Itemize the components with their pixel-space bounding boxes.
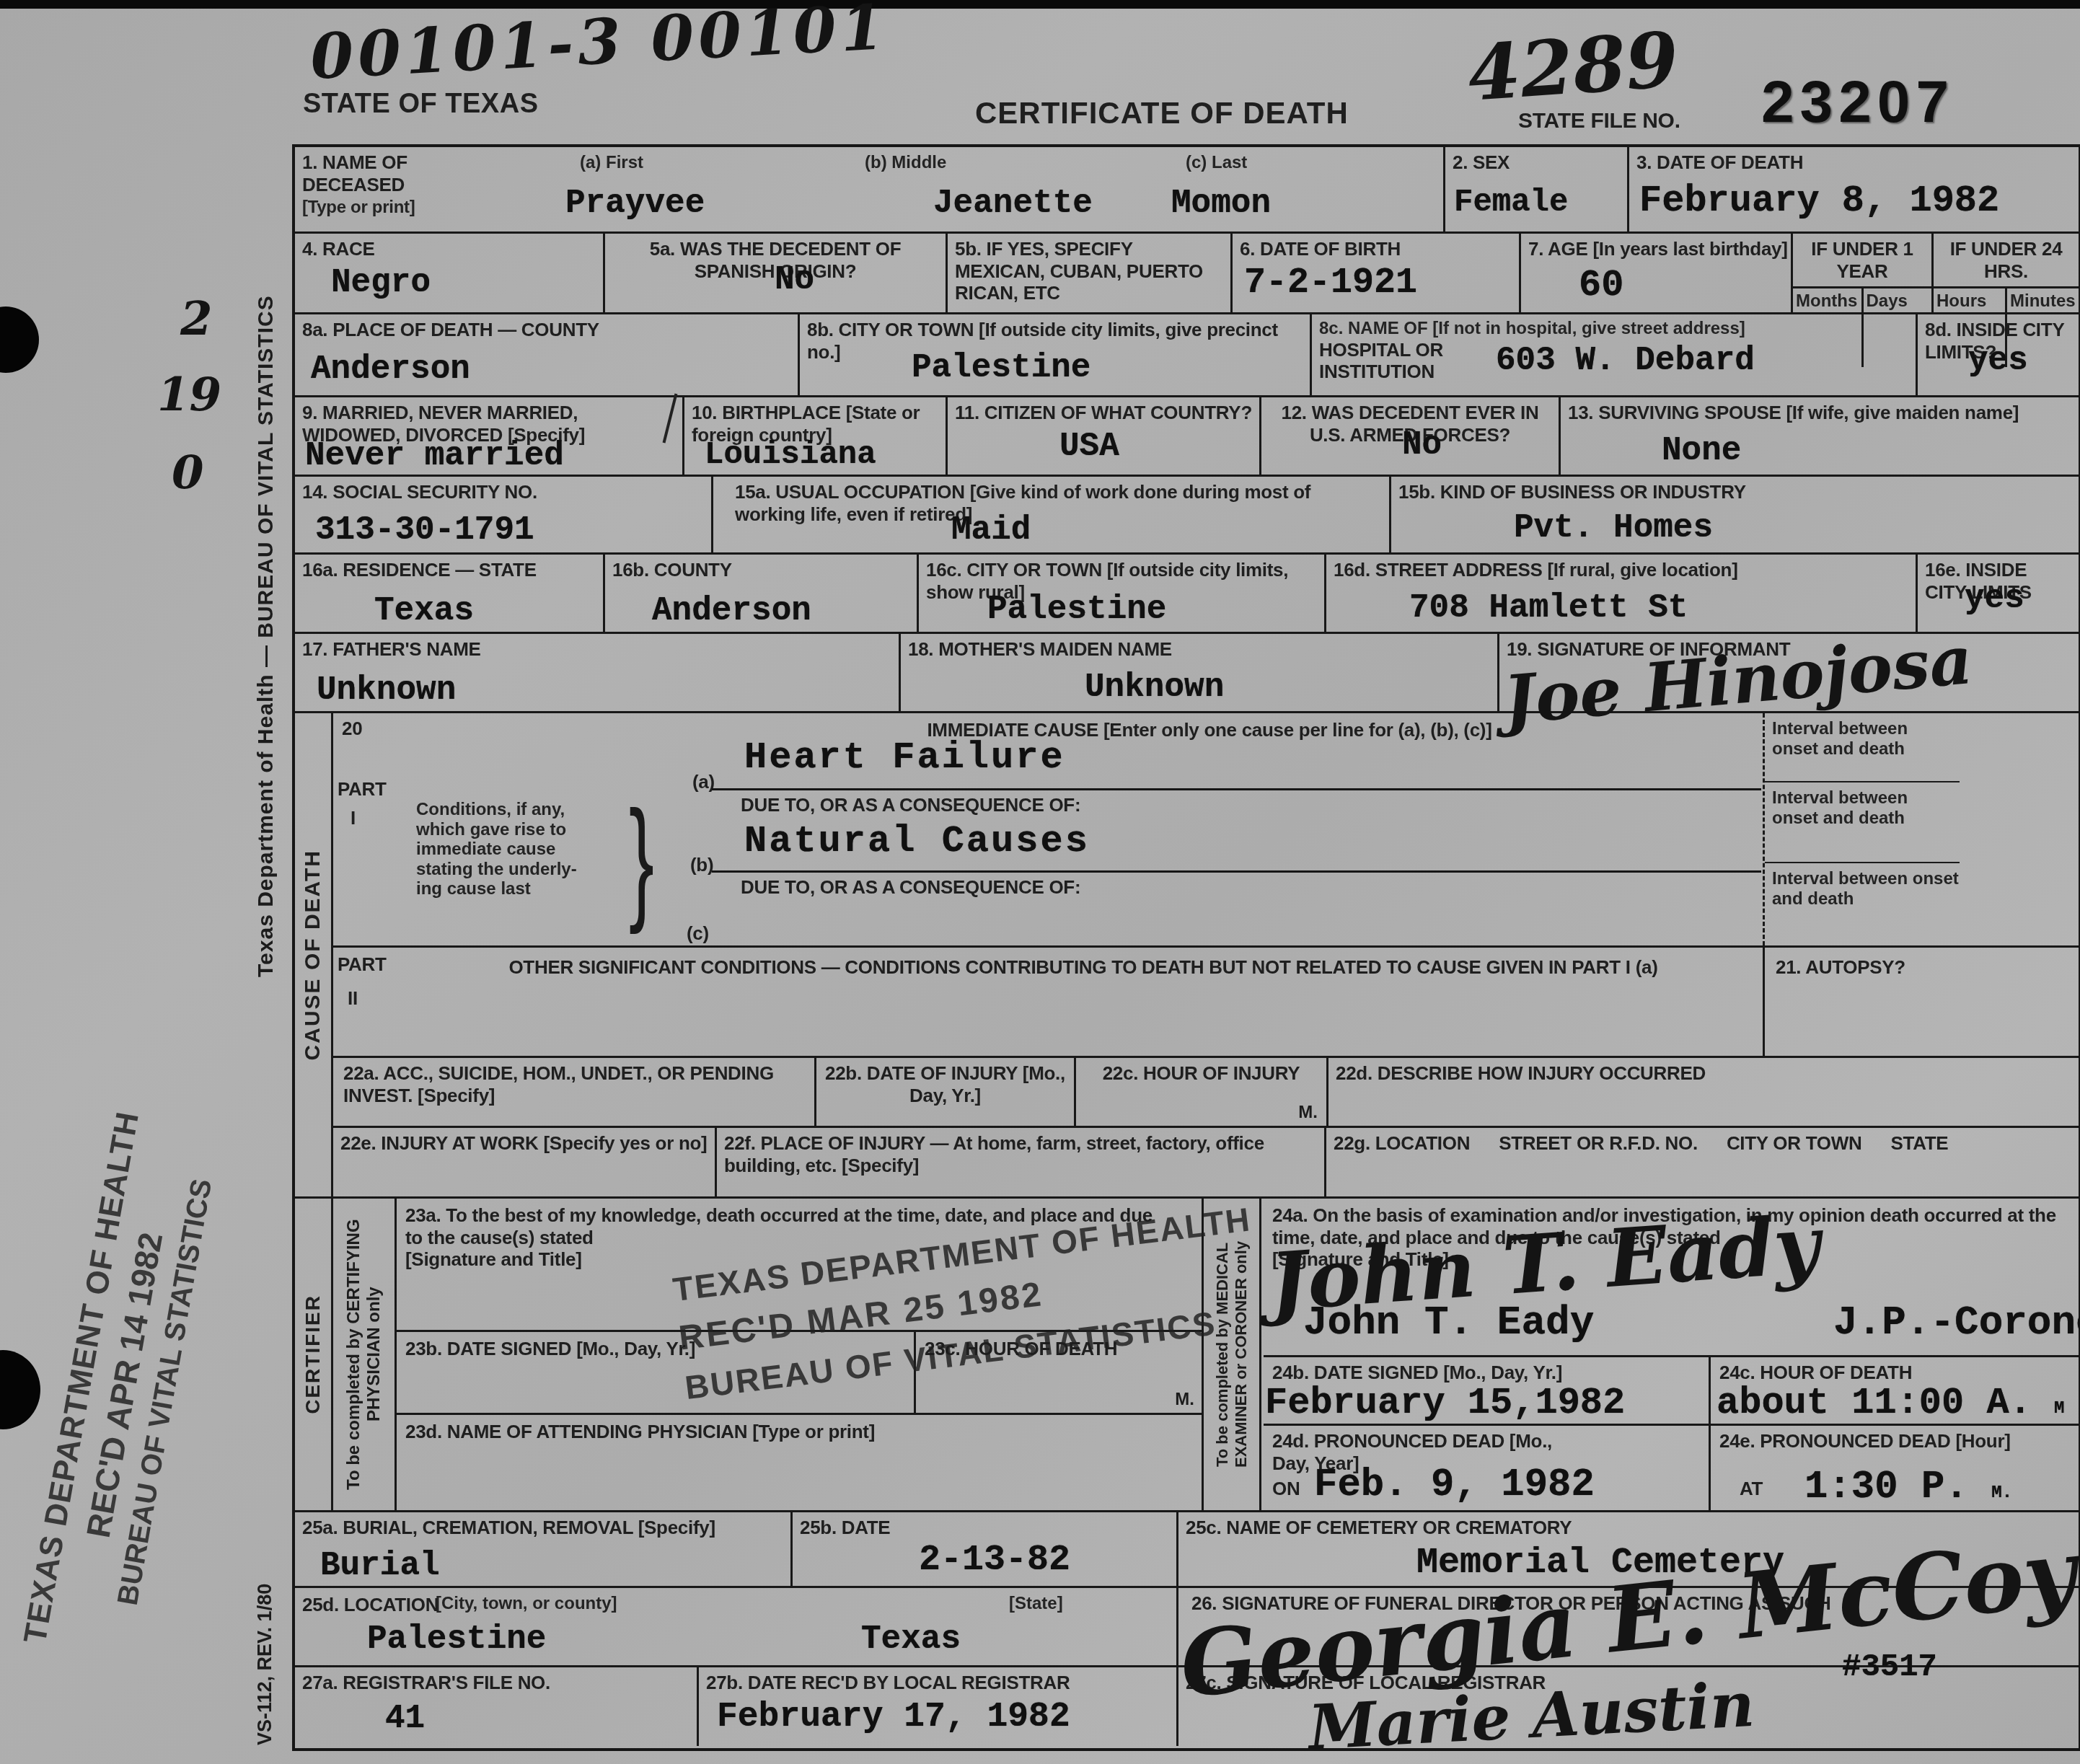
date-of-birth-value: 7-2-1921 bbox=[1244, 263, 1417, 304]
hospital-value: 603 W. Debard bbox=[1496, 342, 1755, 379]
field-date-of-death: 3. DATE OF DEATH February 8, 1982 bbox=[1629, 147, 2079, 234]
field-hour-of-injury: 22c. HOUR OF INJURY M. bbox=[1076, 1058, 1328, 1128]
immediate-cause-value: Heart Failure bbox=[744, 736, 1065, 779]
field-ssn: 14. SOCIAL SECURITY NO. 313-30-1791 bbox=[295, 477, 713, 555]
field-if-under-24-hrs: IF UNDER 24 HRS. Hours Minutes bbox=[1934, 234, 2079, 314]
hole-punch-top bbox=[0, 307, 39, 373]
name-sublabel: [Type or print] bbox=[302, 198, 415, 217]
margin-department-text: Texas Department of Health — BUREAU OF V… bbox=[254, 148, 288, 977]
part1-no: I bbox=[351, 807, 356, 829]
field-informant-signature: 19. SIGNATURE OF INFORMANT Joe Hinojosa bbox=[1499, 634, 2079, 713]
burial-value: Burial bbox=[320, 1547, 440, 1584]
date-of-injury-label: 22b. DATE OF INJURY [Mo., Day, Yr.] bbox=[824, 1062, 1067, 1106]
field-24a: 24a. On the basis of examination and/or … bbox=[1264, 1199, 2079, 1357]
cause-part2-section: PART II OTHER SIGNIFICANT CONDITIONS — C… bbox=[333, 948, 2079, 1058]
certifier-band: CERTIFIER bbox=[295, 1199, 333, 1510]
hour-m: M bbox=[2054, 1399, 2064, 1419]
due-to-label-1: DUE TO, OR AS A CONSEQUENCE OF: bbox=[741, 794, 1080, 816]
conditions-brace: } bbox=[629, 782, 654, 939]
interval-column: Interval between onset and death Interva… bbox=[1763, 713, 2079, 945]
part1-item-no: 20 bbox=[342, 718, 362, 740]
death-certificate-page: Texas Department of Health — BUREAU OF V… bbox=[0, 0, 2080, 1764]
place-of-injury-label: 22f. PLACE OF INJURY — At home, farm, st… bbox=[724, 1132, 1317, 1176]
surviving-spouse-value: None bbox=[1662, 432, 1741, 469]
ssn-value: 313-30-1791 bbox=[315, 511, 534, 549]
burial-location-label: 25d. LOCATION bbox=[302, 1594, 439, 1616]
field-marital-status: 9. MARRIED, NEVER MARRIED, WIDOWED, DIVO… bbox=[295, 397, 684, 477]
part2-no: II bbox=[348, 987, 358, 1010]
hour-of-death-24c-label: 24c. HOUR OF DEATH bbox=[1719, 1362, 2070, 1384]
middle-name-value: Jeanette bbox=[933, 185, 1093, 222]
field-street-address: 16d. STREET ADDRESS [If rural, give loca… bbox=[1326, 555, 1918, 634]
street-address-label: 16d. STREET ADDRESS [If rural, give loca… bbox=[1334, 559, 1908, 581]
medical-examiner-band: To be completed by MEDICAL EXAMINER or C… bbox=[1204, 1199, 1261, 1510]
hour-of-death-24c-value: about 11:00 A. M bbox=[1717, 1382, 2065, 1424]
spanish-origin-value: No bbox=[775, 261, 814, 299]
burial-location-city-value: Palestine bbox=[367, 1620, 546, 1658]
field-describe-injury: 22d. DESCRIBE HOW INJURY OCCURRED bbox=[1328, 1058, 2079, 1128]
registrar-file-no-value: 41 bbox=[385, 1700, 425, 1737]
birthplace-value: Louisiana bbox=[705, 437, 876, 473]
place-of-death-county-label: 8a. PLACE OF DEATH — COUNTY bbox=[302, 319, 790, 341]
part1-label: PART bbox=[338, 778, 387, 801]
attending-physician-label: 23d. NAME OF ATTENDING PHYSICIAN [Type o… bbox=[405, 1421, 1193, 1443]
hour-of-injury-label: 22c. HOUR OF INJURY bbox=[1083, 1062, 1319, 1085]
field-hospital: 8c. NAME OF [If not in hospital, give st… bbox=[1312, 314, 1918, 397]
pronounced-dead-hour-label: 24e. PRONOUNCED DEAD [Hour] bbox=[1719, 1430, 2070, 1452]
industry-label: 15b. KIND OF BUSINESS OR INDUSTRY bbox=[1398, 481, 2071, 503]
received-stamp-apr: TEXAS DEPARTMENT OF HEALTH REC'D APR 14 … bbox=[15, 1098, 230, 1672]
inside-city-limits-death-value: yes bbox=[1968, 342, 2028, 379]
certifier-band-label: CERTIFIER bbox=[301, 1295, 325, 1414]
sex-value: Female bbox=[1454, 185, 1568, 221]
line-b-rule bbox=[712, 870, 1761, 873]
injury-location-label: 22g. LOCATION bbox=[1334, 1132, 1470, 1192]
inside-city-limits-res-value: yes bbox=[1965, 580, 2024, 617]
stamped-file-number: 23207 bbox=[1761, 69, 1955, 136]
burial-state-sublabel: [State] bbox=[1009, 1594, 1063, 1614]
certifying-physician-band-label: To be completed by CERTIFYING PHYSICIAN … bbox=[344, 1203, 384, 1506]
conditions-note-line: immediate cause bbox=[416, 839, 654, 860]
race-value: Negro bbox=[331, 264, 431, 301]
form-code: VS-112, REV. 1/80 bbox=[254, 1500, 286, 1745]
interval-label-c: Interval between onset and death bbox=[1765, 863, 1974, 914]
date-of-death-value: February 8, 1982 bbox=[1639, 180, 1999, 222]
father-name-value: Unknown bbox=[317, 671, 456, 709]
certifying-physician-band: To be completed by CERTIFYING PHYSICIAN … bbox=[333, 1199, 397, 1510]
hour-m: M. bbox=[1991, 1483, 2012, 1503]
race-label: 4. RACE bbox=[302, 238, 596, 260]
hour-value: about 11:00 A. bbox=[1717, 1382, 2032, 1424]
margin-handwritten-2: 2 bbox=[180, 292, 213, 346]
conditions-note-line: which gave rise to bbox=[416, 820, 654, 840]
date-signed-24b-label: 24b. DATE SIGNED [Mo., Day, Yr.] bbox=[1272, 1362, 1700, 1384]
certificate-title: CERTIFICATE OF DEATH bbox=[975, 95, 1349, 131]
acc-suicide-label: 22a. ACC., SUICIDE, HOM., UNDET., OR PEN… bbox=[340, 1062, 807, 1106]
injury-city-label: CITY OR TOWN bbox=[1727, 1132, 1862, 1192]
field-industry: 15b. KIND OF BUSINESS OR INDUSTRY Pvt. H… bbox=[1391, 477, 2079, 555]
name-label: 1. NAME OF DECEASED bbox=[302, 151, 407, 195]
specify-origin-label: 5b. IF YES, SPECIFY MEXICAN, CUBAN, PUER… bbox=[955, 238, 1223, 304]
under-1-year-label: IF UNDER 1 YEAR bbox=[1793, 234, 1931, 288]
street-address-value: 708 Hamlett St bbox=[1409, 589, 1688, 627]
part2-divider bbox=[1763, 948, 1765, 1056]
date-recd-value: February 17, 1982 bbox=[717, 1698, 1070, 1737]
field-funeral-director: 26. SIGNATURE OF FUNERAL DIRECTOR OR PER… bbox=[1178, 1588, 2079, 1667]
hour-of-injury-m: M. bbox=[1298, 1103, 1318, 1123]
date-of-birth-label: 6. DATE OF BIRTH bbox=[1240, 238, 1512, 260]
burial-date-label: 25b. DATE bbox=[800, 1517, 1169, 1539]
margin-handwritten-19: 19 bbox=[157, 368, 221, 422]
due-to-label-2: DUE TO, OR AS A CONSEQUENCE OF: bbox=[741, 876, 1080, 899]
line-c-label: (c) bbox=[687, 922, 709, 945]
hour-value: 1:30 P. bbox=[1804, 1465, 1968, 1509]
place-of-death-county-value: Anderson bbox=[311, 350, 470, 388]
marital-status-value: Never married bbox=[305, 437, 564, 475]
state-of-texas-label: STATE OF TEXAS bbox=[303, 88, 539, 120]
field-24c: 24c. HOUR OF DEATH about 11:00 A. M bbox=[1711, 1357, 2079, 1426]
residence-state-value: Texas bbox=[374, 592, 474, 630]
date-signed-24b-value: February 15,1982 bbox=[1265, 1382, 1625, 1424]
injury-state-label: STATE bbox=[1890, 1132, 1948, 1192]
field-birthplace: 10. BIRTHPLACE [State or foreign country… bbox=[684, 397, 948, 477]
field-race: 4. RACE Negro bbox=[295, 234, 605, 314]
armed-forces-value: No bbox=[1402, 426, 1442, 464]
field-inside-city-limits-death: 8d. INSIDE CITY LIMITS? yes bbox=[1918, 314, 2079, 397]
pronounced-dead-hour-value: 1:30 P. M. bbox=[1804, 1465, 2012, 1509]
certificate-form: 1. NAME OF DECEASED[Type or print] (a) F… bbox=[292, 144, 2080, 1751]
residence-county-value: Anderson bbox=[652, 592, 811, 630]
describe-injury-label: 22d. DESCRIBE HOW INJURY OCCURRED bbox=[1336, 1062, 2071, 1085]
field-place-of-death-county: 8a. PLACE OF DEATH — COUNTY Anderson bbox=[295, 314, 800, 397]
cause-of-death-band-label: CAUSE OF DEATH bbox=[300, 850, 325, 1060]
field-residence-state: 16a. RESIDENCE — STATE Texas bbox=[295, 555, 605, 634]
pronounced-dead-on: ON bbox=[1272, 1478, 1300, 1500]
field-burial-date: 25b. DATE 2-13-82 bbox=[793, 1512, 1178, 1588]
field-inside-city-limits-res: 16e. INSIDE CITY LIMITS yes bbox=[1918, 555, 2079, 634]
occupation-value: Maid bbox=[951, 511, 1031, 549]
conditions-note: Conditions, if any, which gave rise to i… bbox=[416, 800, 654, 899]
injury-street-label: STREET OR R.F.D. NO. bbox=[1499, 1132, 1698, 1192]
handwritten-code: 00101-3 00101 bbox=[309, 0, 890, 94]
interval-label-b: Interval between onset and death bbox=[1765, 782, 1960, 863]
field-residence-city: 16c. CITY OR TOWN [If outside city limit… bbox=[919, 555, 1326, 634]
last-name-value: Momon bbox=[1171, 185, 1271, 222]
cause-of-death-band: CAUSE OF DEATH bbox=[295, 713, 333, 1199]
burial-location-state-value: Texas bbox=[861, 1620, 961, 1658]
residence-state-label: 16a. RESIDENCE — STATE bbox=[302, 559, 596, 581]
registrar-file-no-label: 27a. REGISTRAR'S FILE NO. bbox=[302, 1672, 689, 1694]
part2-text: OTHER SIGNIFICANT CONDITIONS — CONDITION… bbox=[405, 956, 1761, 979]
field-occupation: 15a. USUAL OCCUPATION [Give kind of work… bbox=[713, 477, 1391, 555]
burial-location-sublabel: [City, town, or county] bbox=[436, 1594, 617, 1614]
residence-county-label: 16b. COUNTY bbox=[612, 559, 909, 581]
field-24d: 24d. PRONOUNCED DEAD [Mo., Day, Year] ON… bbox=[1264, 1426, 1711, 1510]
field-date-of-injury: 22b. DATE OF INJURY [Mo., Day, Yr.] bbox=[816, 1058, 1076, 1128]
field-registrar-file-no: 27a. REGISTRAR'S FILE NO. 41 bbox=[295, 1667, 699, 1746]
conditions-note-line: stating the underly- bbox=[416, 860, 654, 880]
interval-label-a: Interval between onset and death bbox=[1765, 713, 1960, 782]
autopsy-label: 21. AUTOPSY? bbox=[1776, 956, 1905, 979]
field-surviving-spouse: 13. SURVIVING SPOUSE [If wife, give maid… bbox=[1561, 397, 2079, 477]
field-sex: 2. SEX Female bbox=[1445, 147, 1629, 234]
field-name-of-deceased: 1. NAME OF DECEASED[Type or print] (a) F… bbox=[295, 147, 1445, 234]
scan-edge-bar bbox=[0, 0, 2080, 9]
under-24-hrs-label: IF UNDER 24 HRS. bbox=[1934, 234, 2079, 288]
field-24b: 24b. DATE SIGNED [Mo., Day, Yr.] Februar… bbox=[1264, 1357, 1711, 1426]
field-father-name: 17. FATHER'S NAME Unknown bbox=[295, 634, 901, 713]
mother-name-label: 18. MOTHER'S MAIDEN NAME bbox=[908, 638, 1490, 661]
burial-label: 25a. BURIAL, CREMATION, REMOVAL [Specify… bbox=[302, 1517, 783, 1539]
coroner-title: J.P.-Coroner bbox=[1833, 1300, 2080, 1346]
field-acc-suicide: 22a. ACC., SUICIDE, HOM., UNDET., OR PEN… bbox=[333, 1058, 816, 1128]
handwritten-file-number: 4289 bbox=[1465, 14, 1681, 118]
field-age: 7. AGE [In years last birthday] 60 bbox=[1521, 234, 1793, 314]
field-if-under-1-year: IF UNDER 1 YEAR Months Days bbox=[1793, 234, 1934, 314]
surviving-spouse-label: 13. SURVIVING SPOUSE [If wife, give maid… bbox=[1568, 402, 2071, 424]
industry-value: Pvt. Homes bbox=[1514, 509, 1713, 547]
first-name-value: Prayvee bbox=[565, 185, 705, 222]
date-of-death-label: 3. DATE OF DEATH bbox=[1636, 151, 2071, 174]
citizen-value: USA bbox=[1059, 428, 1119, 465]
field-burial: 25a. BURIAL, CREMATION, REMOVAL [Specify… bbox=[295, 1512, 793, 1588]
first-label: (a) First bbox=[580, 153, 643, 173]
conditions-note-line: Conditions, if any, bbox=[416, 800, 654, 820]
field-specify-origin: 5b. IF YES, SPECIFY MEXICAN, CUBAN, PUER… bbox=[948, 234, 1233, 314]
ssn-label: 14. SOCIAL SECURITY NO. bbox=[302, 481, 704, 503]
date-recd-label: 27b. DATE REC'D BY LOCAL REGISTRAR bbox=[706, 1672, 1169, 1694]
due-to-cause-value: Natural Causes bbox=[744, 820, 1090, 863]
state-file-no-label: STATE FILE NO. bbox=[1518, 108, 1680, 133]
field-mother-name: 18. MOTHER'S MAIDEN NAME Unknown bbox=[901, 634, 1499, 713]
field-24e: 24e. PRONOUNCED DEAD [Hour] AT 1:30 P. M… bbox=[1711, 1426, 2079, 1510]
field-burial-location: 25d. LOCATION [City, town, or county] [S… bbox=[295, 1588, 1178, 1667]
certifier-section: CERTIFIER To be completed by CERTIFYING … bbox=[295, 1199, 2079, 1512]
field-residence-county: 16b. COUNTY Anderson bbox=[605, 555, 919, 634]
field-23d: 23d. NAME OF ATTENDING PHYSICIAN [Type o… bbox=[397, 1415, 1204, 1510]
margin-handwritten-0: 0 bbox=[172, 446, 204, 500]
medical-examiner-band-label: To be completed by MEDICAL EXAMINER or C… bbox=[1213, 1203, 1251, 1506]
hospital-label-line3: INSTITUTION bbox=[1319, 361, 1435, 382]
mother-name-value: Unknown bbox=[1085, 669, 1224, 706]
pronounced-dead-date-value: Feb. 9, 1982 bbox=[1314, 1463, 1595, 1507]
field-spanish-origin: 5a. WAS THE DECEDENT OF SPANISH ORIGIN? … bbox=[605, 234, 948, 314]
conditions-note-line: ing cause last bbox=[416, 879, 654, 899]
field-place-of-death-city: 8b. CITY OR TOWN [If outside city limits… bbox=[800, 314, 1312, 397]
residence-city-value: Palestine bbox=[987, 591, 1166, 628]
injury-at-work-label: 22e. INJURY AT WORK [Specify yes or no] bbox=[340, 1132, 708, 1155]
hour-of-death-23c-m: M. bbox=[1175, 1390, 1194, 1410]
last-label: (c) Last bbox=[1186, 153, 1247, 173]
line-b-label: (b) bbox=[690, 854, 713, 876]
age-label: 7. AGE [In years last birthday] bbox=[1528, 238, 1788, 260]
pronounced-dead-at: AT bbox=[1740, 1478, 1763, 1500]
age-value: 60 bbox=[1579, 264, 1623, 307]
cause-part1-section: 20 PART I Conditions, if any, which gave… bbox=[333, 713, 2079, 948]
field-injury-at-work: 22e. INJURY AT WORK [Specify yes or no] bbox=[333, 1128, 717, 1199]
citizen-label: 11. CITIZEN OF WHAT COUNTRY? bbox=[955, 402, 1252, 424]
hole-punch-bottom bbox=[0, 1350, 40, 1429]
field-armed-forces: 12. WAS DECEDENT EVER IN U.S. ARMED FORC… bbox=[1261, 397, 1561, 477]
father-name-label: 17. FATHER'S NAME bbox=[302, 638, 891, 661]
middle-label: (b) Middle bbox=[865, 153, 946, 173]
hospital-label-line2: HOSPITAL OR bbox=[1319, 339, 1443, 361]
field-citizen: 11. CITIZEN OF WHAT COUNTRY? USA bbox=[948, 397, 1261, 477]
field-injury-location: 22g. LOCATION STREET OR R.F.D. NO. CITY … bbox=[1326, 1128, 2079, 1199]
line-a-rule bbox=[712, 788, 1761, 790]
sex-label: 2. SEX bbox=[1453, 151, 1620, 174]
field-date-recd: 27b. DATE REC'D BY LOCAL REGISTRAR Febru… bbox=[699, 1667, 1178, 1746]
place-of-death-city-value: Palestine bbox=[912, 349, 1090, 387]
field-place-of-injury: 22f. PLACE OF INJURY — At home, farm, st… bbox=[717, 1128, 1326, 1199]
hospital-label-line1: 8c. NAME OF [If not in hospital, give st… bbox=[1319, 319, 1908, 339]
field-date-of-birth: 6. DATE OF BIRTH 7-2-1921 bbox=[1233, 234, 1521, 314]
burial-date-value: 2-13-82 bbox=[919, 1540, 1070, 1581]
part2-label: PART bbox=[338, 953, 387, 976]
